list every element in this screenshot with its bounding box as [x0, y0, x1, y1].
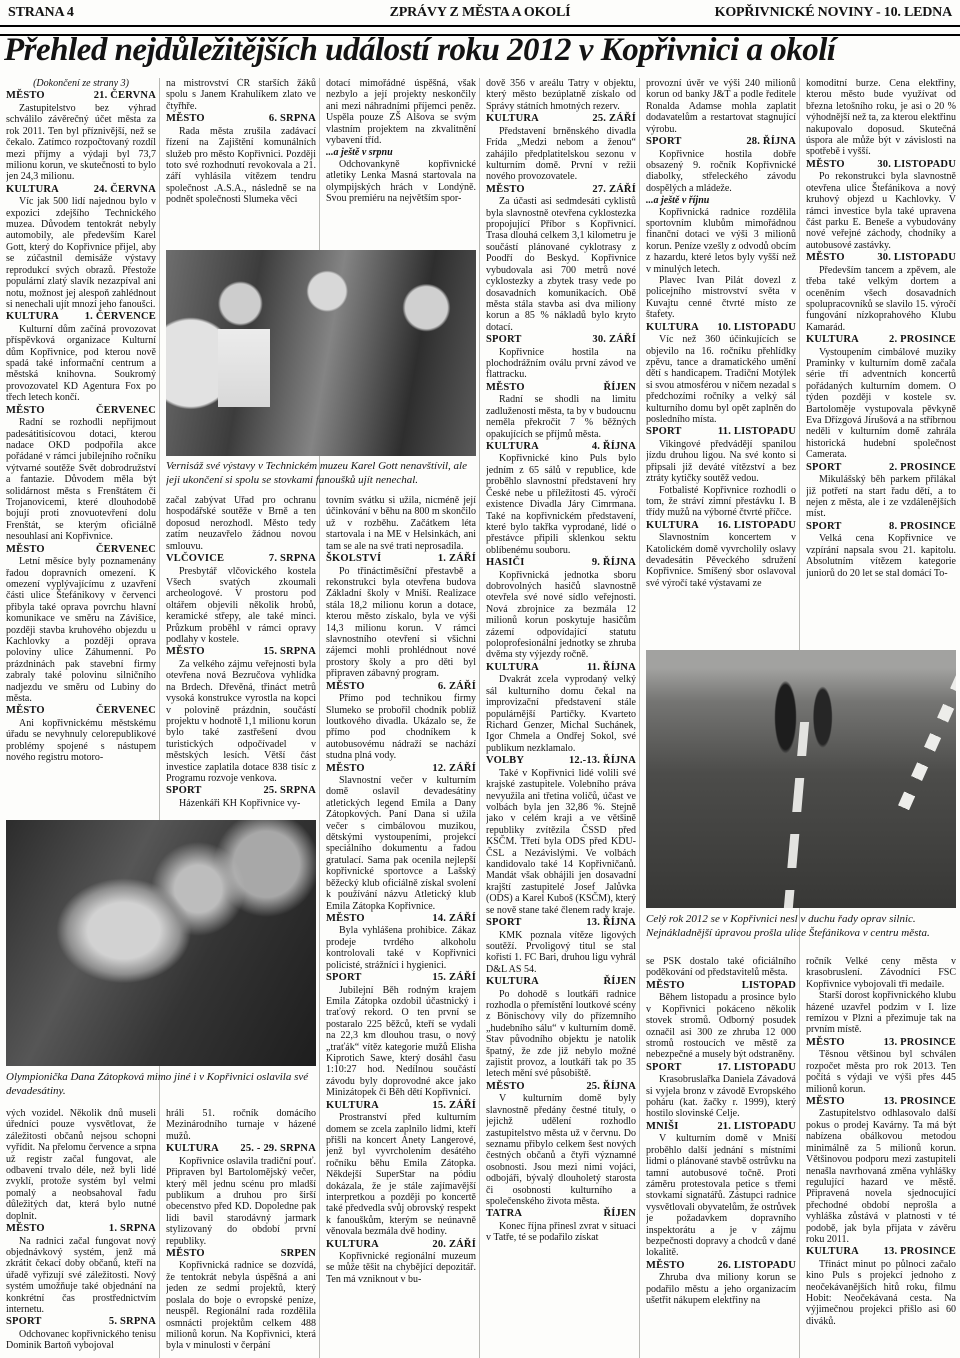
section-heading: MĚSTO12. ZÁŘÍ: [326, 763, 476, 776]
section-date: 16. LISTOPADU: [717, 520, 796, 533]
section-heading: KULTURA2. PROSINCE: [806, 334, 956, 347]
section-date: 27. ZÁŘÍ: [592, 184, 636, 197]
section-label: MĚSTO: [806, 1037, 845, 1050]
section-heading: MĚSTOČERVENEC: [6, 405, 156, 418]
section-date: 30. LISTOPADU: [877, 159, 956, 172]
article-paragraph: Házenkáři KH Kopřivnice vy-: [166, 798, 316, 809]
section-heading: SPORT11. LISTOPADU: [646, 426, 796, 439]
section-label: KULTURA: [646, 322, 699, 335]
section-label: VOLBY: [486, 755, 524, 768]
article-paragraph: Dvakrát zcela vyprodaný velký sál kultur…: [486, 674, 636, 754]
section-date: 15. ZÁŘÍ: [432, 1100, 476, 1113]
article-paragraph: ročník Velké ceny města v krasobruslení.…: [806, 956, 956, 990]
section-heading: KULTURA13. PROSINCE: [806, 1246, 956, 1259]
article-paragraph: na mistrovství ČR starších žáků spolu s …: [166, 78, 316, 112]
section-heading: KULTURA25. ZÁŘÍ: [486, 113, 636, 126]
section-date: 30. LISTOPADU: [877, 252, 956, 265]
article-paragraph: Především tancem a zpěvem, ale třeba tak…: [806, 265, 956, 333]
article-paragraph: začal zabývat Úřad pro ochranu hospodářs…: [166, 495, 316, 552]
section-label: SPORT: [326, 972, 362, 985]
section-heading: KULTURA10. LISTOPADU: [646, 322, 796, 335]
article-paragraph: Ani kopřivnickému městskému úřadu se nev…: [6, 718, 156, 764]
section-heading: MNIŠI21. LISTOPADU: [646, 1121, 796, 1134]
article-paragraph: Vikingové předvádějí spanilou jízdu druh…: [646, 439, 796, 485]
section-label: KULTURA: [326, 1100, 379, 1113]
section-date: 1. SRPNA: [109, 1223, 156, 1236]
section-date: 12. ZÁŘÍ: [432, 763, 476, 776]
section-heading: MĚSTO14. ZÁŘÍ: [326, 913, 476, 926]
article-paragraph: V kulturním domě byly slavnostně předány…: [486, 1093, 636, 1207]
section-date: LISTOPAD: [742, 980, 796, 993]
section-label: KULTURA: [6, 311, 59, 324]
section-label: SPORT: [166, 785, 202, 798]
section-heading: KULTURA11. ŘÍJNA: [486, 662, 636, 675]
section-heading: SPORT2. PROSINCE: [806, 462, 956, 475]
photo-caption-dana-zatopkova: Olympionička Dana Zátopková mimo jiné i …: [6, 1070, 316, 1104]
section-heading: KULTURA24. ČERVNA: [6, 184, 156, 197]
section-heading: SPORT13. ŘÍJNA: [486, 917, 636, 930]
section-label: MĚSTO: [166, 113, 205, 126]
section-date: 13. ŘÍJNA: [586, 917, 636, 930]
section-heading: MĚSTO25. ŘÍJNA: [486, 1081, 636, 1094]
section-date: 24. ČERVNA: [94, 184, 156, 197]
section-label: MĚSTO: [6, 544, 45, 557]
article-paragraph: Starší dorost kopřivnického klubu házené…: [806, 990, 956, 1036]
article-paragraph: Fotbalisté Kopřivnice rozhodli o tom, že…: [646, 485, 796, 519]
section-label: KULTURA: [486, 976, 539, 989]
section-heading: MĚSTO21. ČERVNA: [6, 90, 156, 103]
section-date: 7. SRPNA: [269, 553, 316, 566]
section-label: ŠKOLSTVÍ: [326, 553, 381, 566]
section-label: SPORT: [646, 136, 682, 149]
section-heading: MĚSTOŘÍJEN: [486, 382, 636, 395]
section-label: MNIŠI: [646, 1121, 679, 1134]
section-date: 2. PROSINCE: [889, 334, 956, 347]
section-heading: MĚSTO1. SRPNA: [6, 1223, 156, 1236]
section-label: SPORT: [646, 1062, 682, 1075]
section-date: 14. ZÁŘÍ: [432, 913, 476, 926]
column-separator: [159, 78, 160, 1358]
article-paragraph: provozní úvěr ve výši 240 milionů korun …: [646, 78, 796, 135]
section-heading: SPORT28. ŘÍJNA: [646, 136, 796, 149]
column-separator: [639, 78, 640, 1358]
section-heading: VOLBY12.-13. ŘÍJNA: [486, 755, 636, 768]
article-paragraph: Krasobruslařka Daniela Závadová si vyjel…: [646, 1074, 796, 1120]
section-heading: MĚSTOČERVENEC: [6, 705, 156, 718]
news-column-6-bottom: ročník Velké ceny města v krasobruslení.…: [806, 956, 956, 1358]
section-label: MĚSTO: [806, 252, 845, 265]
article-paragraph: Letní měsíce byly poznamenány řadou dopr…: [6, 556, 156, 704]
article-paragraph: Byla vyhlášena prohibice. Zákaz prodeje …: [326, 925, 476, 971]
section-date: ŘÍJEN: [603, 976, 636, 989]
section-date: ČERVENEC: [96, 405, 156, 418]
section-heading: KULTURAŘÍJEN: [486, 976, 636, 989]
section-label: KULTURA: [806, 334, 859, 347]
article-paragraph: V kulturním domě v Mniší proběhlo další …: [646, 1133, 796, 1258]
page-title: Přehled nejdůležitějších událostí roku 2…: [4, 32, 956, 70]
section-label: MĚSTO: [486, 184, 525, 197]
section-heading: MĚSTO13. PROSINCE: [806, 1096, 956, 1109]
section-label: KULTURA: [166, 1143, 219, 1156]
article-paragraph: Představení brněnského divadla Frída „Me…: [486, 126, 636, 183]
section-heading: SPORT15. ZÁŘÍ: [326, 972, 476, 985]
section-label: MĚSTO: [486, 382, 525, 395]
article-paragraph: Také v Kopřivnici lidé volili své krajsk…: [486, 768, 636, 916]
section-date: 28. ŘÍJNA: [746, 136, 796, 149]
article-paragraph: Mikulášský běh parkem přilákal již potře…: [806, 474, 956, 520]
section-heading: MĚSTO26. LISTOPADU: [646, 1260, 796, 1273]
continuation-note: (Dokončení ze strany 3): [6, 78, 156, 89]
section-label: MĚSTO: [6, 1223, 45, 1236]
news-column-6-top: komoditní burze. Cena elektřiny, kterou …: [806, 78, 956, 648]
news-column-2-bottom: hráli 51. ročník domácího Mezinárodního …: [166, 1108, 316, 1358]
column-separator: [479, 78, 480, 1358]
article-paragraph: Kopřivnické regionální muzeum se může tě…: [326, 1251, 476, 1285]
article-paragraph: Těsnou většinou byl schválen rozpočet mě…: [806, 1049, 956, 1095]
article-paragraph: Prostranství před kulturním domem se zce…: [326, 1112, 476, 1237]
section-date: 2. PROSINCE: [889, 462, 956, 475]
section-date: 17. LISTOPADU: [717, 1062, 796, 1075]
article-paragraph: Kopřivnická radnice rozdělila sportovním…: [646, 207, 796, 275]
section-label: TATRA: [486, 1208, 522, 1221]
section-heading: MĚSTO27. ZÁŘÍ: [486, 184, 636, 197]
section-heading: MĚSTO6. ZÁŘÍ: [326, 681, 476, 694]
section-date: 21. LISTOPADU: [717, 1121, 796, 1134]
section-heading: MĚSTO30. LISTOPADU: [806, 252, 956, 265]
section-heading: MĚSTOČERVENEC: [6, 544, 156, 557]
section-heading: HASIČI9. ŘÍJNA: [486, 557, 636, 570]
section-heading: KULTURA16. LISTOPADU: [646, 520, 796, 533]
section-label: MĚSTO: [166, 646, 205, 659]
section-date: 6. SRPNA: [269, 113, 316, 126]
section-label: MĚSTO: [806, 1096, 845, 1109]
section-date: 13. PROSINCE: [884, 1037, 956, 1050]
section-date: 30. ZÁŘÍ: [592, 334, 636, 347]
article-paragraph: Přímo pod technikou firmy Slumeko se pro…: [326, 693, 476, 761]
news-column-3-top: dotací mimořádné úspěšná, však nezbylo a…: [326, 78, 476, 250]
section-date: 4. ŘÍJNA: [592, 441, 636, 454]
news-column-1-top: (Dokončení ze strany 3)MĚSTO21. ČERVNAZa…: [6, 78, 156, 820]
article-paragraph: Třináct minut po půlnoci začalo kino Pul…: [806, 1259, 956, 1327]
section-date: 25. - 29. SRPNA: [240, 1143, 316, 1156]
section-heading: KULTURA25. - 29. SRPNA: [166, 1143, 316, 1156]
section-label: MĚSTO: [6, 405, 45, 418]
section-heading: SPORT8. PROSINCE: [806, 521, 956, 534]
section-label: MĚSTO: [646, 1260, 685, 1273]
section-label: MĚSTO: [646, 980, 685, 993]
article-paragraph: Slavnostním koncertem v Katolickém domě …: [646, 532, 796, 589]
section-label: KULTURA: [486, 441, 539, 454]
article-paragraph: KMK poznala vítěze ligových soutěží. Prv…: [486, 930, 636, 976]
section-heading: SPORT17. LISTOPADU: [646, 1062, 796, 1075]
section-heading: SPORT25. SRPNA: [166, 785, 316, 798]
section-date: 20. ZÁŘÍ: [432, 1239, 476, 1252]
article-paragraph: Kopřivnice hostila na plochodrážním ovál…: [486, 347, 636, 381]
section-label: MĚSTO: [326, 913, 365, 926]
news-column-2-middle: začal zabývat Úřad pro ochranu hospodářs…: [166, 495, 316, 820]
article-paragraph: Po dohodě s loutkáři radnice rozhodla o …: [486, 989, 636, 1080]
section-date: 8. PROSINCE: [889, 521, 956, 534]
section-heading: KULTURA15. ZÁŘÍ: [326, 1100, 476, 1113]
photo-karel-gott-vernissage: [166, 250, 476, 456]
newspaper-page: ZPRÁVY Z MĚSTA A OKOLÍ STRANA 4 KOPŘIVNI…: [0, 0, 960, 1358]
section-label: KULTURA: [326, 1239, 379, 1252]
section-label: SPORT: [806, 521, 842, 534]
section-heading: MĚSTOLISTOPAD: [646, 980, 796, 993]
section-date: 26. LISTOPADU: [717, 1260, 796, 1273]
news-column-5-top: provozní úvěr ve výši 240 milionů korun …: [646, 78, 796, 648]
section-heading: VLČOVICE7. SRPNA: [166, 553, 316, 566]
article-paragraph: Kopřivnická jednotka sboru dobrovolných …: [486, 570, 636, 661]
italic-subhead: ...a ještě v říjnu: [646, 195, 796, 206]
section-label: MĚSTO: [326, 763, 365, 776]
article-paragraph: Po rekonstrukci byla slavnostně otevřena…: [806, 171, 956, 251]
article-paragraph: Kopřivnické kino Puls bylo jedním z 65 s…: [486, 453, 636, 556]
article-paragraph: tovním svátku si užila, nicméně její úči…: [326, 495, 476, 552]
section-heading: MĚSTO13. PROSINCE: [806, 1037, 956, 1050]
section-date: 12.-13. ŘÍJNA: [569, 755, 636, 768]
section-heading: MĚSTO30. LISTOPADU: [806, 159, 956, 172]
article-paragraph: Kopřivnice hostila dobře obsazený 9. roč…: [646, 149, 796, 195]
section-label: MĚSTO: [6, 90, 45, 103]
masthead-section: ZPRÁVY Z MĚSTA A OKOLÍ: [8, 5, 952, 21]
section-heading: KULTURA20. ZÁŘÍ: [326, 1239, 476, 1252]
section-date: 1. ČERVENCE: [85, 311, 156, 324]
section-date: 25. SRPNA: [263, 785, 316, 798]
article-paragraph: Kopřivnická radnice se dozvídá, že tento…: [166, 1260, 316, 1351]
article-paragraph: Rada města zrušila zadávací řízení na Za…: [166, 126, 316, 206]
article-paragraph: dotací mimořádné úspěšná, však nezbylo a…: [326, 78, 476, 146]
section-date: 11. LISTOPADU: [718, 426, 796, 439]
news-column-1-bottom: vých vozidel. Několik dnů museli úředníc…: [6, 1108, 156, 1358]
article-paragraph: Zhruba dva miliony korun se podařilo měs…: [646, 1272, 796, 1306]
article-paragraph: se PSK dostalo také oficiálního poděková…: [646, 956, 796, 979]
section-date: 13. PROSINCE: [884, 1246, 956, 1259]
section-date: 25. ZÁŘÍ: [592, 113, 636, 126]
section-date: 25. ŘÍJNA: [586, 1081, 636, 1094]
section-date: ČERVENEC: [96, 544, 156, 557]
section-date: 11. ŘÍJNA: [587, 662, 636, 675]
article-paragraph: hráli 51. ročník domácího Mezinárodního …: [166, 1108, 316, 1142]
photo-caption-karel-gott: Vernisáž své výstavy v Technickém muzeu …: [166, 459, 478, 491]
section-label: MĚSTO: [806, 159, 845, 172]
article-paragraph: Jubilejní Běh rodným krajem Emila Zátopk…: [326, 985, 476, 1099]
section-label: MĚSTO: [326, 681, 365, 694]
section-label: MĚSTO: [6, 705, 45, 718]
section-label: SPORT: [806, 462, 842, 475]
photo-dana-zatopkova: [6, 820, 316, 1066]
section-label: SPORT: [486, 334, 522, 347]
article-paragraph: Po třináctiměsíční přestavbě a rekonstru…: [326, 566, 476, 680]
photo-road-repairs: [646, 650, 956, 908]
section-label: KULTURA: [486, 113, 539, 126]
section-heading: SPORT30. ZÁŘÍ: [486, 334, 636, 347]
photo-caption-road-repairs: Celý rok 2012 se v Kopřivnici nesl v duc…: [646, 912, 956, 952]
section-date: 1. ZÁŘÍ: [438, 553, 476, 566]
section-date: 15. ZÁŘÍ: [432, 972, 476, 985]
article-paragraph: Za velkého zájmu veřejnosti byla otevřen…: [166, 659, 316, 784]
article-paragraph: Víc jak 500 lidí najednou bylo v expozic…: [6, 196, 156, 310]
article-paragraph: vých vozidel. Několik dnů museli úředníc…: [6, 1108, 156, 1222]
article-paragraph: Konec října přinesl zvrat v situaci v Ta…: [486, 1221, 636, 1244]
section-label: KULTURA: [806, 1246, 859, 1259]
article-paragraph: Zastupitelstvo bez výhrad schválilo závě…: [6, 103, 156, 183]
section-heading: SPORT5. SRPNA: [6, 1316, 156, 1329]
article-paragraph: Zastupitelstvo odhlasovalo další pokus o…: [806, 1108, 956, 1245]
section-label: KULTURA: [486, 662, 539, 675]
article-paragraph: Na radnici začal fungovat nový objednávk…: [6, 1236, 156, 1316]
news-column-4: dově 356 v areálu Tatry v objektu, který…: [486, 78, 636, 1358]
article-paragraph: Odchovanec kopřivnického tenisu Dominik …: [6, 1329, 156, 1352]
article-paragraph: Odchovankyně kopřivnické atletiky Lenka …: [326, 159, 476, 205]
section-heading: KULTURA1. ČERVENCE: [6, 311, 156, 324]
article-paragraph: Radní se shodli na limitu zadluženosti m…: [486, 394, 636, 440]
section-date: 15. SRPNA: [263, 646, 316, 659]
section-date: ŘÍJEN: [603, 382, 636, 395]
section-label: KULTURA: [646, 520, 699, 533]
section-date: 10. LISTOPADU: [717, 322, 796, 335]
article-paragraph: Plavec Ivan Pilát dovezl z policejního m…: [646, 275, 796, 321]
section-label: SPORT: [646, 426, 682, 439]
section-label: KULTURA: [6, 184, 59, 197]
section-heading: KULTURA4. ŘÍJNA: [486, 441, 636, 454]
article-paragraph: Za účasti asi sedmdesáti cyklistů byla s…: [486, 196, 636, 333]
section-label: MĚSTO: [166, 1248, 205, 1261]
section-label: HASIČI: [486, 557, 525, 570]
section-date: 21. ČERVNA: [94, 90, 156, 103]
article-paragraph: Kopřivnice oslavila tradiční pouť. Připr…: [166, 1156, 316, 1247]
masthead: ZPRÁVY Z MĚSTA A OKOLÍ STRANA 4 KOPŘIVNI…: [8, 5, 952, 21]
italic-subhead: ...a ještě v srpnu: [326, 147, 476, 158]
section-heading: ŠKOLSTVÍ1. ZÁŘÍ: [326, 553, 476, 566]
news-column-3-bottom: tovním svátku si užila, nicméně její úči…: [326, 495, 476, 1358]
section-date: ČERVENEC: [96, 705, 156, 718]
article-paragraph: Slavnostní večer v kulturním domě oslavi…: [326, 775, 476, 912]
article-paragraph: Víc než 360 účinkujících se objevilo na …: [646, 334, 796, 425]
article-paragraph: Radní se rozhodli nepřijmout padesátitis…: [6, 417, 156, 542]
article-paragraph: Během listopadu a prosince bylo v Kopřiv…: [646, 992, 796, 1060]
section-heading: TATRAŘÍJEN: [486, 1208, 636, 1221]
section-date: 9. ŘÍJNA: [592, 557, 636, 570]
article-paragraph: Velká cena Kopřivnice ve vzpírání napsal…: [806, 533, 956, 579]
section-heading: MĚSTO6. SRPNA: [166, 113, 316, 126]
article-paragraph: dově 356 v areálu Tatry v objektu, který…: [486, 78, 636, 112]
news-column-5-bottom: se PSK dostalo také oficiálního poděková…: [646, 956, 796, 1358]
section-date: SRPEN: [281, 1248, 316, 1261]
news-column-2-top: na mistrovství ČR starších žáků spolu s …: [166, 78, 316, 250]
article-paragraph: Presbytář vlčovického kostela Všech svat…: [166, 566, 316, 646]
section-label: SPORT: [486, 917, 522, 930]
section-heading: MĚSTO15. SRPNA: [166, 646, 316, 659]
section-label: MĚSTO: [486, 1081, 525, 1094]
section-label: VLČOVICE: [166, 553, 224, 566]
section-date: 5. SRPNA: [109, 1316, 156, 1329]
article-paragraph: Kulturní dům začíná provozovat příspěvko…: [6, 324, 156, 404]
section-date: ŘÍJEN: [603, 1208, 636, 1221]
article-paragraph: Vystoupením cimbálové muziky Praminky v …: [806, 347, 956, 461]
section-label: SPORT: [6, 1316, 42, 1329]
section-heading: MĚSTOSRPEN: [166, 1248, 316, 1261]
article-paragraph: komoditní burze. Cena elektřiny, kterou …: [806, 78, 956, 158]
section-date: 13. PROSINCE: [884, 1096, 956, 1109]
section-date: 6. ZÁŘÍ: [438, 681, 476, 694]
